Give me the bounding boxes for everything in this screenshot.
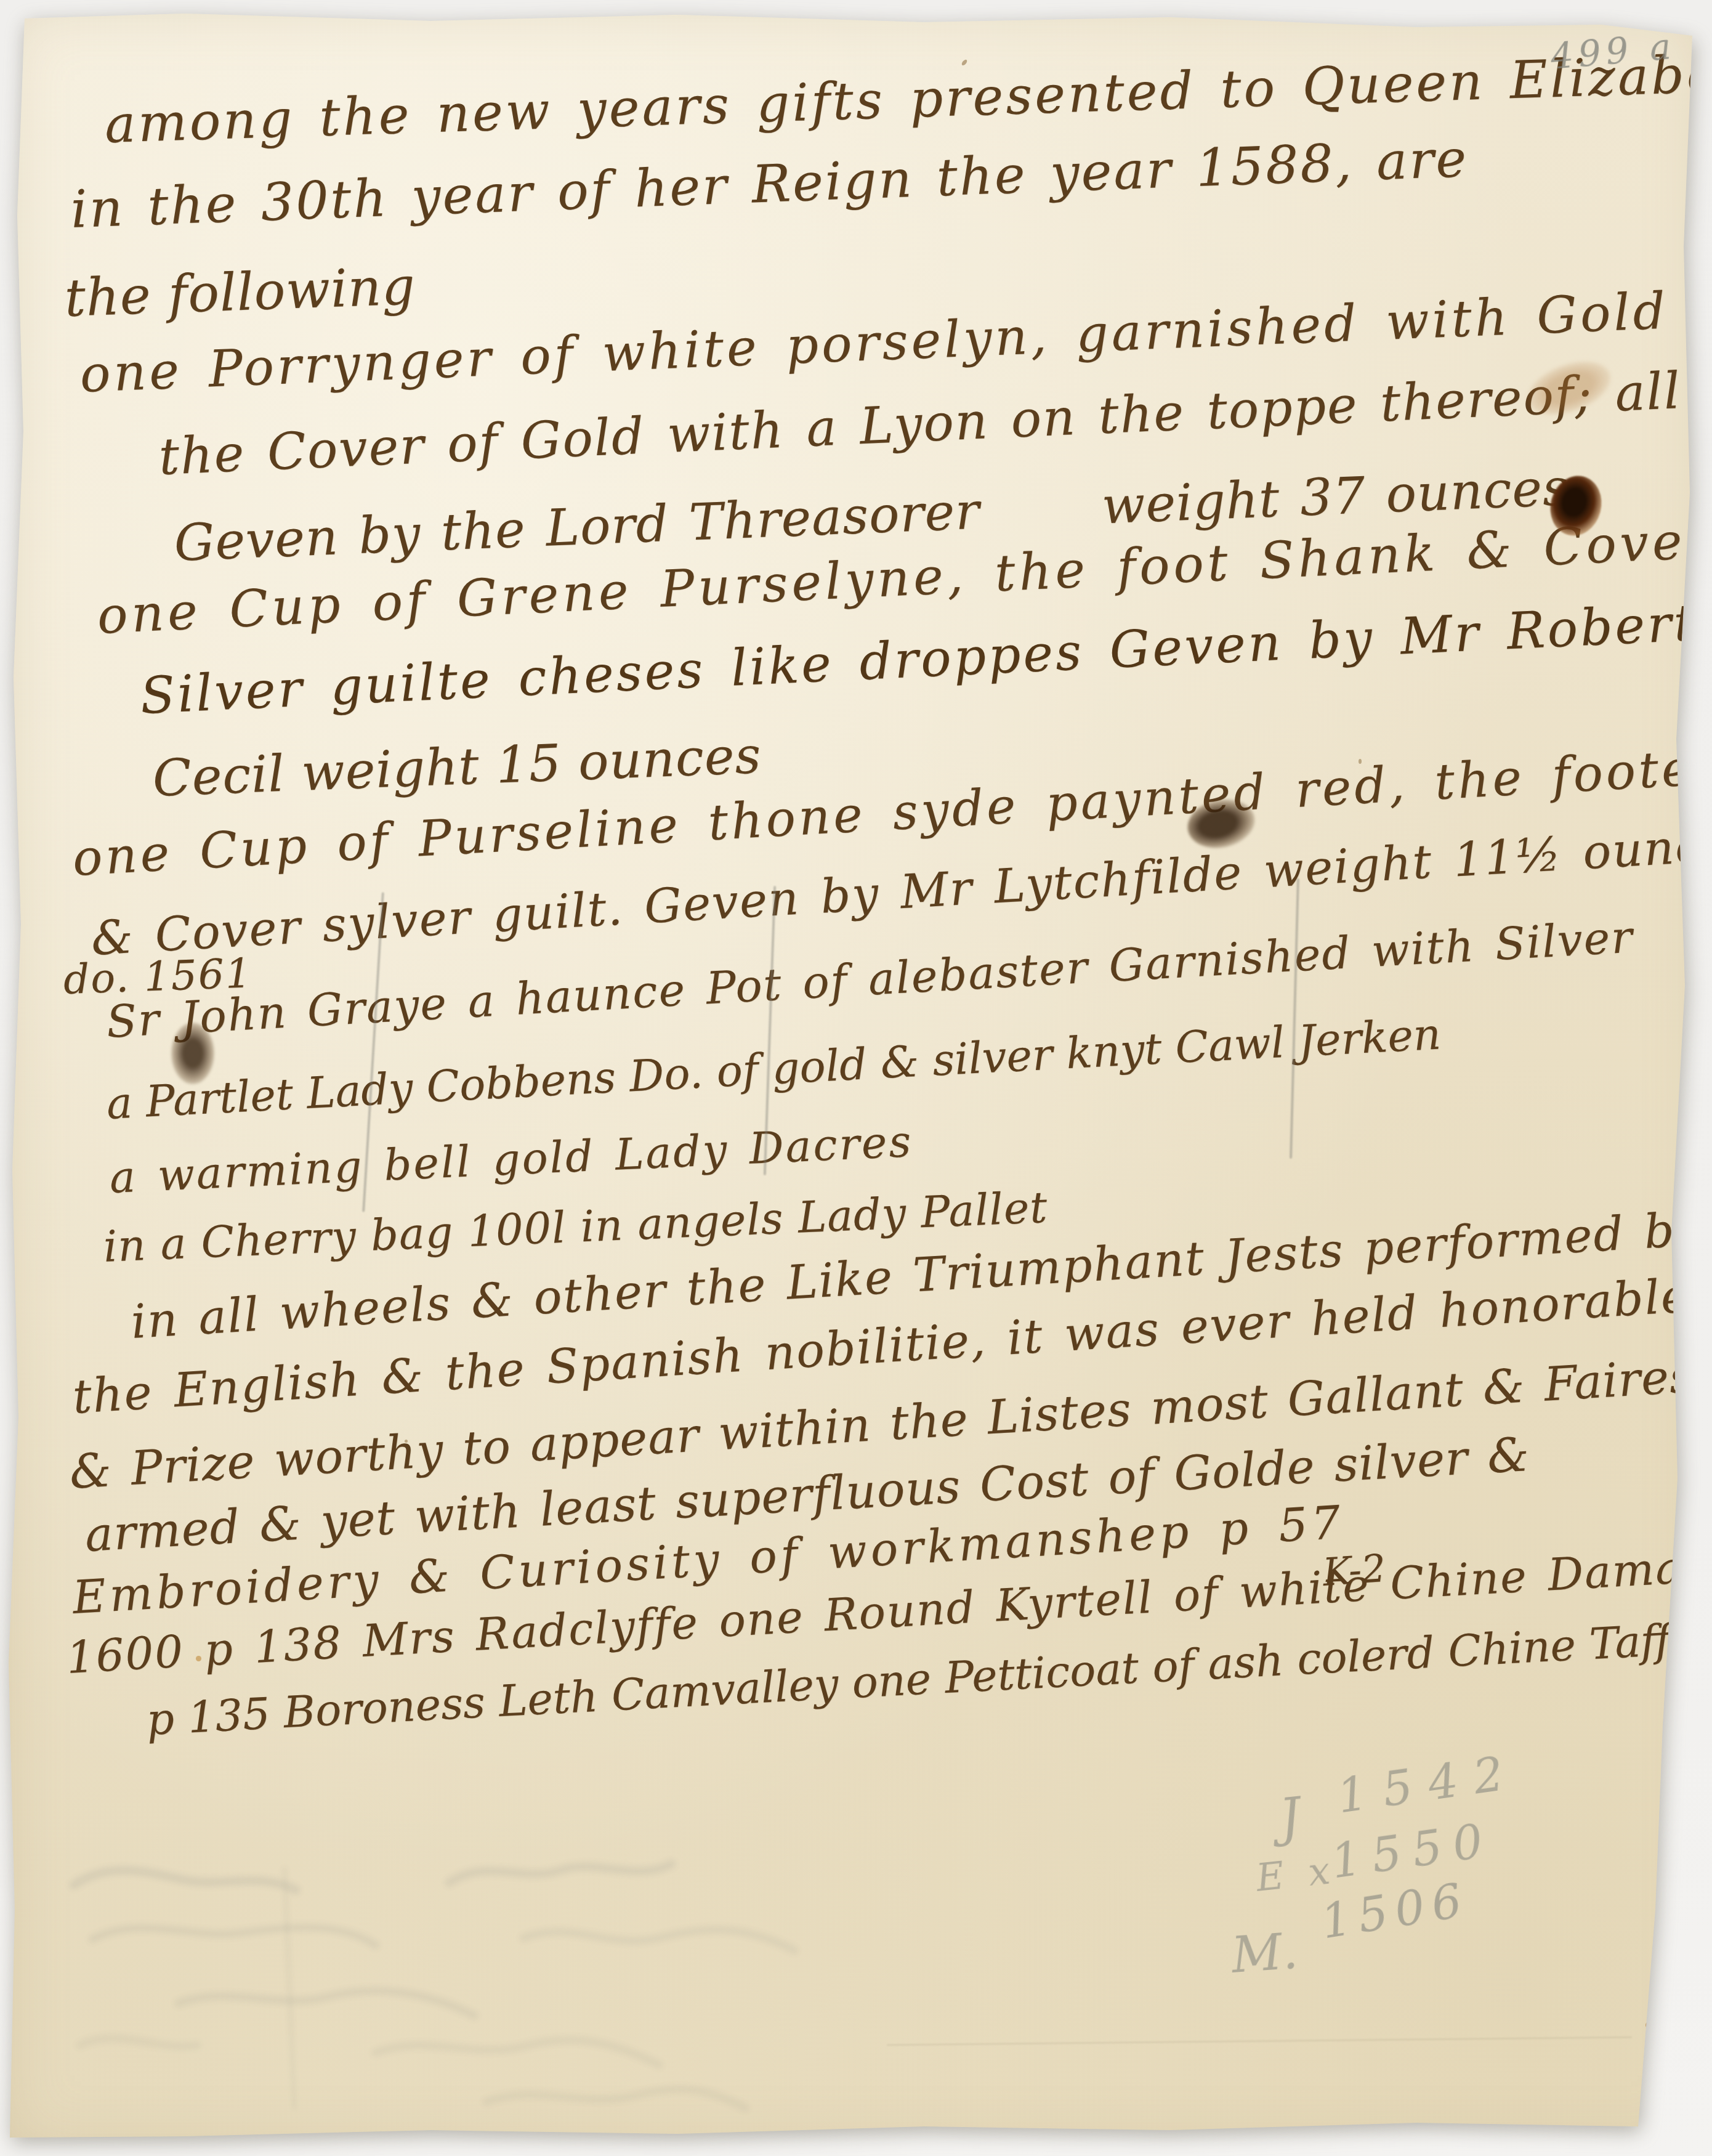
paper-crease	[887, 2036, 1632, 2046]
rust-dot-1	[1645, 2022, 1652, 2028]
paper-speck-1	[961, 59, 968, 66]
manuscript-page: among the new years gifts presented to Q…	[0, 0, 1712, 2156]
pencil-row-3-prefix: M.	[1230, 1923, 1300, 1984]
manuscript-line-3: the following	[63, 259, 416, 325]
ink-blot-john	[171, 1023, 214, 1084]
manuscript-line-15: a warming bell gold Lady Dacres	[108, 1119, 913, 1201]
manuscript-line-1: among the new years gifts presented to Q…	[104, 45, 1712, 152]
manuscript-line-9: Cecil weight 15 ounces	[151, 729, 762, 806]
pencil-row-2-prefix: E x	[1254, 1847, 1338, 1900]
pencil-row-2-year: 1550	[1328, 1812, 1497, 1889]
pencil-row-1-year: 1542	[1334, 1744, 1523, 1824]
paper-speck-2	[405, 1440, 408, 1443]
photographed-manuscript: among the new years gifts presented to Q…	[0, 0, 1712, 2156]
pencil-row-1-prefix: J	[1277, 1786, 1304, 1848]
ink-bleedthrough	[55, 1842, 918, 2138]
paper-shadow-wrap: among the new years gifts presented to Q…	[0, 0, 1712, 2156]
rust-dot-2	[196, 1656, 201, 1661]
paper-speck-3	[1359, 759, 1362, 764]
